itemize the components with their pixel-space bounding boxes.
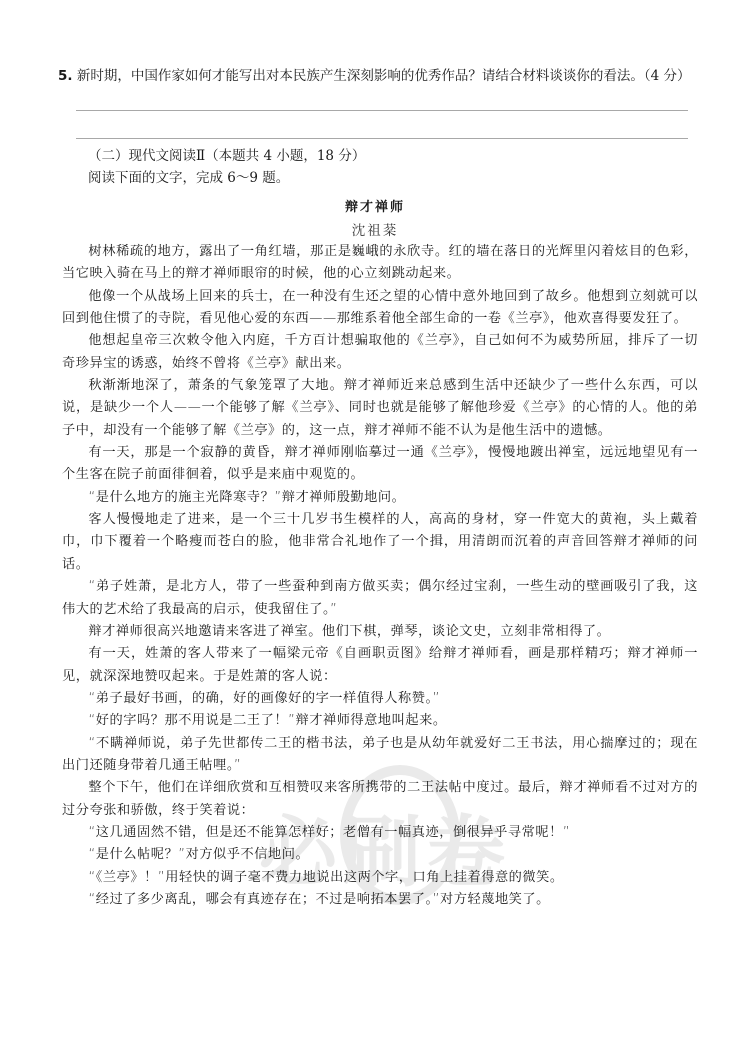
paragraph: 他想起皇帝三次敕令他入内庭，千方百计想骗取他的《兰亭》，自己如何不为威势所屈，排… <box>62 330 698 375</box>
answer-line <box>76 138 688 139</box>
paragraph: 他像一个从战场上回来的兵士，在一种没有生还之望的心情中意外地回到了故乡。他想到立… <box>62 286 698 331</box>
paragraph: “弟子姓萧，是北方人，带了一些蚕种到南方做买卖；偶尔经过宝刹，一些生动的壁画吸引… <box>62 576 698 621</box>
exam-page: 5. 新时期，中国作家如何才能写出对本民族产生深刻影响的优秀作品？请结合材料谈谈… <box>0 0 750 1050</box>
paragraph: “经过了多少离乱，哪会有真迹存在；不过是响拓本罢了。”对方轻蔑地笑了。 <box>62 889 698 911</box>
paragraph: “是什么地方的施主光降寒寺？”辩才禅师殷勤地问。 <box>62 487 698 509</box>
paragraph: “不瞒禅师说，弟子先世都传二王的楷书法，弟子也是从幼年就爱好二王书法，用心揣摩过… <box>62 733 698 778</box>
paragraph: “弟子最好书画，的确，好的画像好的字一样值得人称赞。” <box>62 688 698 710</box>
paragraph: 有一天，姓萧的客人带来了一幅梁元帝《自画职贡图》给辩才禅师看，画是那样精巧；辩才… <box>62 643 698 688</box>
question-text: 新时期，中国作家如何才能写出对本民族产生深刻影响的优秀作品？请结合材料谈谈你的看… <box>77 68 691 84</box>
section-heading: （二）现代文阅读Ⅱ（本题共 4 小题，18 分） <box>88 146 365 166</box>
paragraph: “这几通固然不错，但是还不能算怎样好；老僧有一幅真迹，倒很异乎寻常呢！” <box>62 822 698 844</box>
paragraph: “好的字吗？那不用说是二王了！”辩才禅师得意地叫起来。 <box>62 710 698 732</box>
paragraph: “是什么帖呢？”对方似乎不信地问。 <box>62 844 698 866</box>
paragraph: 客人慢慢地走了进来，是一个三十几岁书生模样的人，高高的身材，穿一件宽大的黄袍，头… <box>62 509 698 576</box>
answer-line <box>76 110 688 111</box>
article-title: 辩才禅师 <box>0 196 750 215</box>
paragraph: “《兰亭》！”用轻快的调子毫不费力地说出这两个字，口角上挂着得意的微笑。 <box>62 867 698 889</box>
paragraph: 秋渐渐地深了，萧条的气象笼罩了大地。辩才禅师近来总感到生活中还缺少了一些什么东西… <box>62 375 698 442</box>
paragraph: 有一天，那是一个寂静的黄昏，辩才禅师刚临摹过一通《兰亭》，慢慢地踱出禅室，远远地… <box>62 442 698 487</box>
article-body: 树林稀疏的地方，露出了一角红墙，那正是巍峨的永欣寺。红的墙在落日的光辉里闪着炫目… <box>62 241 698 911</box>
reading-instruction: 阅读下面的文字，完成 6～9 题。 <box>88 168 289 188</box>
paragraph: 辩才禅师很高兴地邀请来客进了禅室。他们下棋，弹琴，谈论文史，立刻非常相得了。 <box>62 621 698 643</box>
question-number: 5. <box>58 68 73 84</box>
paragraph: 整个下午，他们在详细欣赏和互相赞叹来客所携带的二王法帖中度过。最后，辩才禅师看不… <box>62 777 698 822</box>
article-author: 沈祖棻 <box>0 219 750 239</box>
question-5: 5. 新时期，中国作家如何才能写出对本民族产生深刻影响的优秀作品？请结合材料谈谈… <box>58 66 718 86</box>
paragraph: 树林稀疏的地方，露出了一角红墙，那正是巍峨的永欣寺。红的墙在落日的光辉里闪着炫目… <box>62 241 698 286</box>
